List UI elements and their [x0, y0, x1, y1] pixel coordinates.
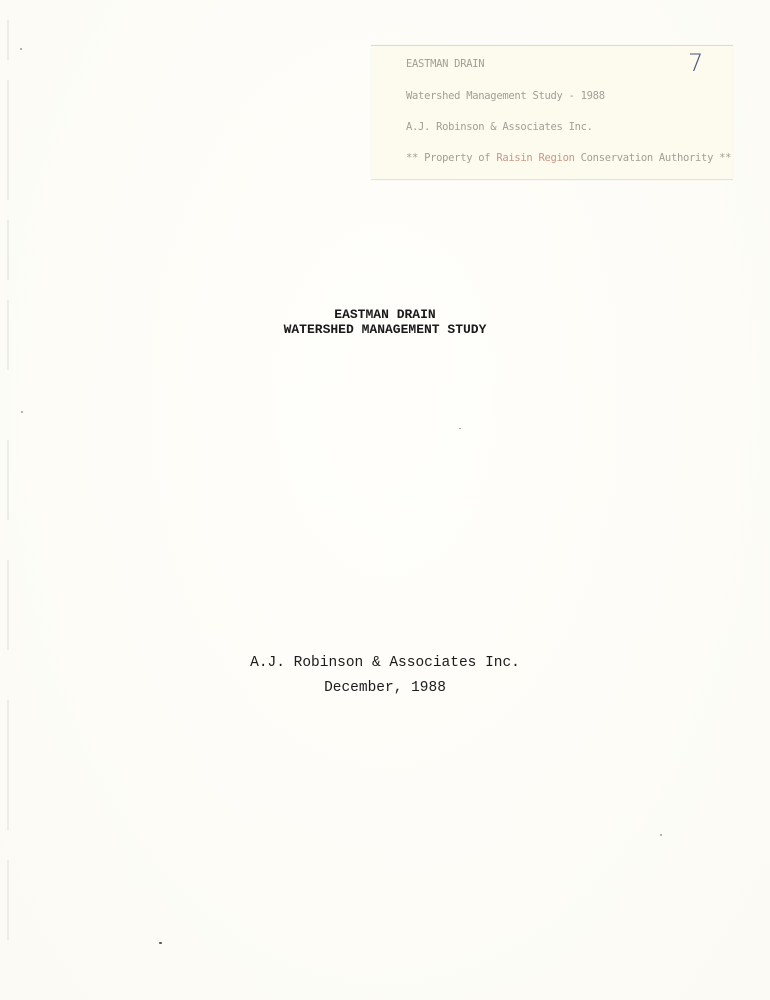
property-suffix: Conservation Authority ** — [575, 152, 732, 164]
speck — [21, 411, 23, 413]
speck — [459, 428, 461, 429]
binding-mark — [7, 220, 9, 280]
label-title: EASTMAN DRAIN — [406, 58, 484, 70]
property-prefix: ** Property of — [406, 152, 496, 164]
document-title: EASTMAN DRAIN WATERSHED MANAGEMENT STUDY — [0, 307, 770, 337]
label-study: Watershed Management Study - 1988 — [406, 90, 605, 102]
binding-mark — [7, 860, 9, 940]
binding-mark — [7, 560, 9, 650]
binding-mark — [7, 440, 9, 520]
binding-mark — [7, 80, 9, 200]
catalog-label: EASTMAN DRAIN Watershed Management Study… — [371, 45, 733, 180]
binding-mark — [7, 20, 9, 60]
title-line-1: EASTMAN DRAIN — [0, 307, 770, 322]
document-page: EASTMAN DRAIN Watershed Management Study… — [0, 0, 770, 1000]
handwritten-number: 7 — [688, 49, 703, 77]
label-author: A.J. Robinson & Associates Inc. — [406, 121, 593, 133]
property-highlight: Raisin Region — [496, 152, 574, 164]
speck — [159, 942, 162, 944]
binding-mark — [7, 700, 9, 830]
author-block: A.J. Robinson & Associates Inc. December… — [0, 655, 770, 696]
company-name: A.J. Robinson & Associates Inc. — [250, 655, 520, 671]
title-line-2: WATERSHED MANAGEMENT STUDY — [0, 322, 770, 337]
speck — [20, 48, 22, 50]
publication-date: December, 1988 — [0, 680, 770, 696]
speck — [660, 834, 662, 836]
label-property-notice: ** Property of Raisin Region Conservatio… — [406, 152, 731, 164]
